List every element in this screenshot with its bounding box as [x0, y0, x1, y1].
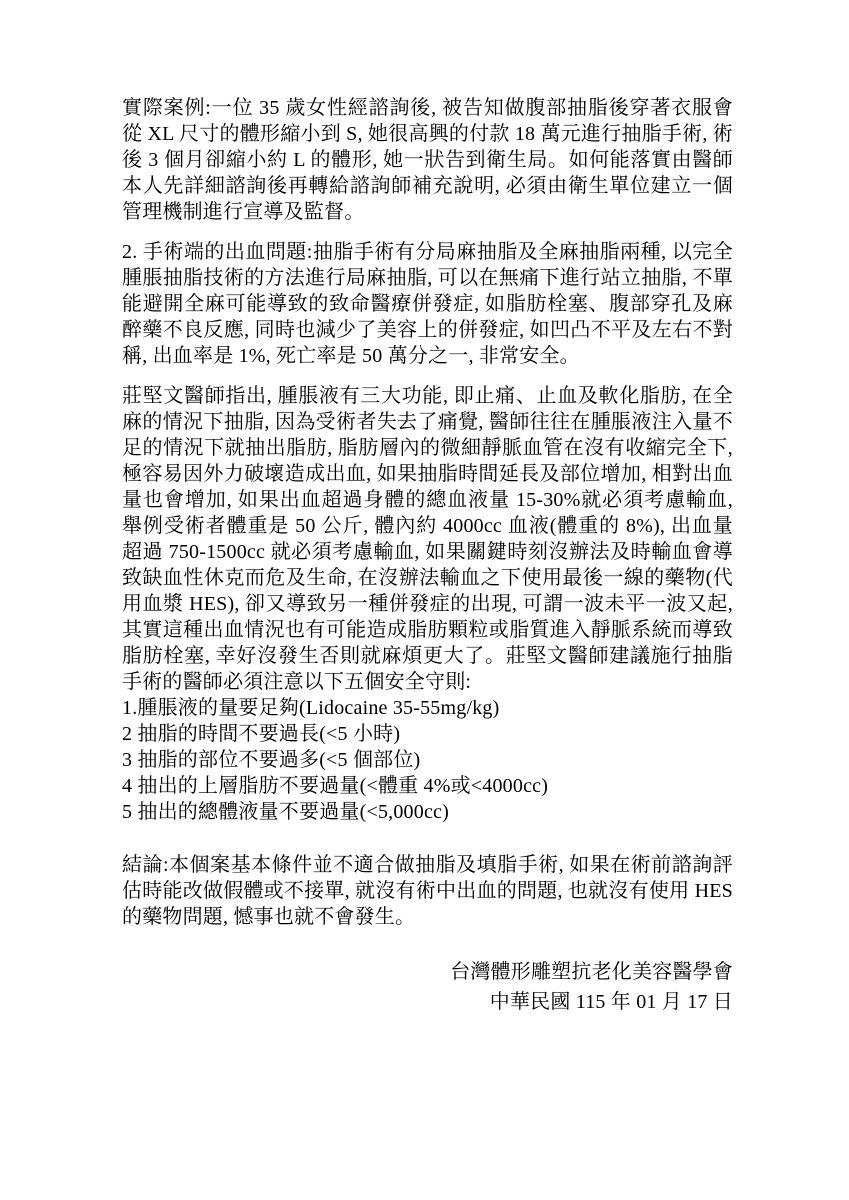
- safety-rule-item-3: 3 抽脂的部位不要過多(<5 個部位): [122, 747, 733, 773]
- safety-rule-item-2: 2 抽脂的時間不要過長(<5 小時): [122, 721, 733, 747]
- document-body: 實際案例:一位 35 歲女性經諮詢後, 被告知做腹部抽脂後穿著衣服會從 XL 尺…: [122, 95, 733, 1017]
- safety-rules-list: 1.腫脹液的量要足夠(Lidocaine 35-55mg/kg) 2 抽脂的時間…: [122, 695, 733, 825]
- organization-signature: 台灣體形雕塑抗老化美容醫學會: [122, 957, 733, 987]
- document-date: 中華民國 115 年 01 月 17 日: [122, 987, 733, 1017]
- signature-block: 台灣體形雕塑抗老化美容醫學會 中華民國 115 年 01 月 17 日: [122, 957, 733, 1017]
- case-example-paragraph: 實際案例:一位 35 歲女性經諮詢後, 被告知做腹部抽脂後穿著衣服會從 XL 尺…: [122, 95, 733, 225]
- safety-rule-item-5: 5 抽出的總體液量不要過量(<5,000cc): [122, 799, 733, 825]
- document-page: 實際案例:一位 35 歲女性經諮詢後, 被告知做腹部抽脂後穿著衣服會從 XL 尺…: [0, 0, 849, 1200]
- safety-rule-item-1: 1.腫脹液的量要足夠(Lidocaine 35-55mg/kg): [122, 695, 733, 721]
- conclusion-paragraph: 結論:本個案基本條件並不適合做抽脂及填脂手術, 如果在術前諮詢評估時能改做假體或…: [122, 852, 733, 930]
- bleeding-problem-paragraph: 2. 手術端的出血問題:抽脂手術有分局麻抽脂及全麻抽脂兩種, 以完全腫脹抽脂技術…: [122, 239, 733, 369]
- safety-rule-item-4: 4 抽出的上層脂肪不要過量(<體重 4%或<4000cc): [122, 773, 733, 799]
- doctor-statement-paragraph: 莊堅文醫師指出, 腫脹液有三大功能, 即止痛、止血及軟化脂肪, 在全麻的情況下抽…: [122, 383, 733, 695]
